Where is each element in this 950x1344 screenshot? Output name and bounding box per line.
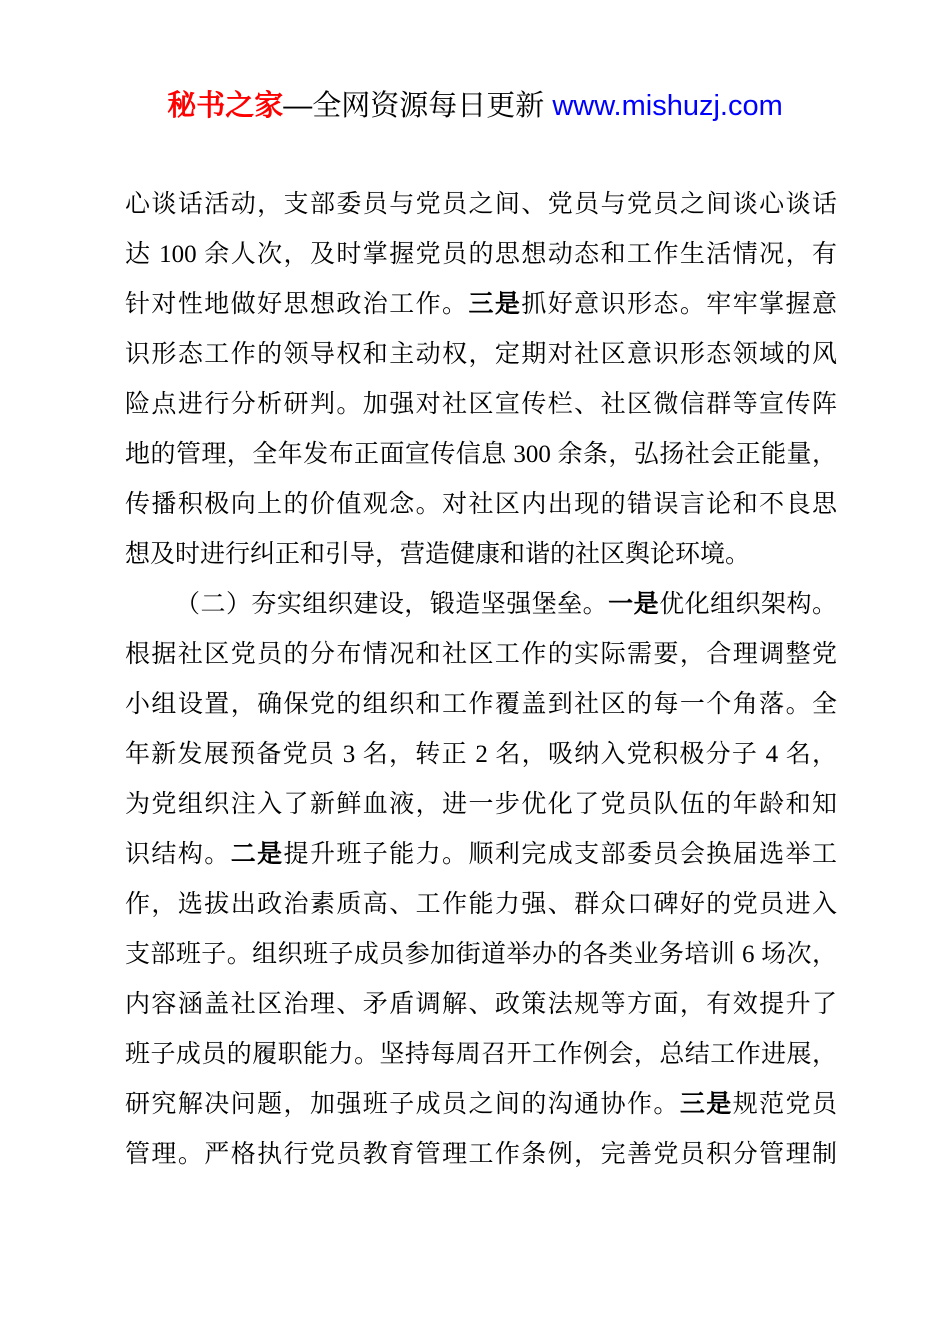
site-brand: 秘书之家: [167, 90, 283, 122]
document-body: 心谈话活动，支部委员与党员之间、党员与党员之间谈心谈话达 100 余人次，及时掌…: [125, 180, 837, 1180]
body-line: 心谈话活动，支部委员与党员之间、党员与党员之间谈心谈话: [125, 180, 837, 230]
text-run: 规范党员: [733, 1091, 837, 1118]
text-run: 针对性地做好思想政治工作。: [125, 291, 468, 318]
text-run: 识结构。: [125, 841, 231, 868]
body-line: 小组设置，确保党的组织和工作覆盖到社区的每一个角落。全: [125, 680, 837, 730]
text-run: 传播积极向上的价值观念。对社区内出现的错误言论和不良思: [125, 491, 837, 518]
body-line: 班子成员的履职能力。坚持每周召开工作例会，总结工作进展，: [125, 1030, 837, 1080]
body-line: 传播积极向上的价值观念。对社区内出现的错误言论和不良思: [125, 480, 837, 530]
text-run: 想及时进行纠正和引导，营造健康和谐的社区舆论环境。: [125, 541, 750, 568]
text-run: 支部班子。组织班子成员参加街道举办的各类业务培训 6 场次，: [125, 941, 837, 968]
body-line: 管理。严格执行党员教育管理工作条例，完善党员积分管理制: [125, 1130, 837, 1180]
text-run: 小组设置，确保党的组织和工作覆盖到社区的每一个角落。全: [125, 691, 837, 718]
body-line: 识形态工作的领导权和主动权，定期对社区意识形态领域的风: [125, 330, 837, 380]
text-run: 研究解决问题，加强班子成员之间的沟通协作。: [125, 1091, 680, 1118]
text-run: 地的管理，全年发布正面宣传信息 300 余条，弘扬社会正能量，: [125, 441, 837, 468]
body-line: 支部班子。组织班子成员参加街道举办的各类业务培训 6 场次，: [125, 930, 837, 980]
document-header: 秘书之家—全网资源每日更新 www.mishuzj.com: [0, 89, 950, 123]
bold-run: 三是: [680, 1091, 733, 1118]
text-run: 年新发展预备党员 3 名，转正 2 名，吸纳入党积极分子 4 名，: [125, 741, 837, 768]
body-line: 为党组织注入了新鲜血液，进一步优化了党员队伍的年龄和知: [125, 780, 837, 830]
text-run: 提升班子能力。顺利完成支部委员会换届选举工: [284, 841, 837, 868]
body-line: 作，选拔出政治素质高、工作能力强、群众口碑好的党员进入: [125, 880, 837, 930]
body-line: 内容涵盖社区治理、矛盾调解、政策法规等方面，有效提升了: [125, 980, 837, 1030]
body-line: 针对性地做好思想政治工作。三是抓好意识形态。牢牢掌握意: [125, 280, 837, 330]
text-run: 险点进行分析研判。加强对社区宣传栏、社区微信群等宣传阵: [125, 391, 837, 418]
text-run: 抓好意识形态。牢牢掌握意: [521, 291, 837, 318]
text-run: 达 100 余人次，及时掌握党员的思想动态和工作生活情况，有: [125, 241, 837, 268]
body-line: （二）夯实组织建设，锻造坚强堡垒。一是优化组织架构。: [125, 580, 837, 630]
text-run: 识形态工作的领导权和主动权，定期对社区意识形态领域的风: [125, 341, 837, 368]
text-run: 作，选拔出政治素质高、工作能力强、群众口碑好的党员进入: [125, 891, 837, 918]
body-line: 想及时进行纠正和引导，营造健康和谐的社区舆论环境。: [125, 530, 837, 580]
site-tagline: —全网资源每日更新: [283, 90, 552, 122]
text-run: （二）夯实组织建设，锻造坚强堡垒。: [175, 591, 608, 618]
text-run: 班子成员的履职能力。坚持每周召开工作例会，总结工作进展，: [125, 1041, 837, 1068]
document-page: 秘书之家—全网资源每日更新 www.mishuzj.com 心谈话活动，支部委员…: [0, 0, 950, 1344]
body-line: 识结构。二是提升班子能力。顺利完成支部委员会换届选举工: [125, 830, 837, 880]
text-run: 内容涵盖社区治理、矛盾调解、政策法规等方面，有效提升了: [125, 991, 837, 1018]
text-run: 心谈话活动，支部委员与党员之间、党员与党员之间谈心谈话: [125, 191, 837, 218]
body-line: 根据社区党员的分布情况和社区工作的实际需要，合理调整党: [125, 630, 837, 680]
body-line: 年新发展预备党员 3 名，转正 2 名，吸纳入党积极分子 4 名，: [125, 730, 837, 780]
text-run: 为党组织注入了新鲜血液，进一步优化了党员队伍的年龄和知: [125, 791, 837, 818]
text-run: 优化组织架构。: [659, 591, 837, 618]
bold-run: 二是: [231, 841, 284, 868]
site-url: www.mishuzj.com: [552, 90, 782, 122]
bold-run: 一是: [608, 591, 659, 618]
body-line: 地的管理，全年发布正面宣传信息 300 余条，弘扬社会正能量，: [125, 430, 837, 480]
text-run: 管理。严格执行党员教育管理工作条例，完善党员积分管理制: [125, 1141, 837, 1168]
bold-run: 三是: [468, 291, 521, 318]
body-line: 险点进行分析研判。加强对社区宣传栏、社区微信群等宣传阵: [125, 380, 837, 430]
text-run: 根据社区党员的分布情况和社区工作的实际需要，合理调整党: [125, 641, 837, 668]
body-line: 达 100 余人次，及时掌握党员的思想动态和工作生活情况，有: [125, 230, 837, 280]
body-line: 研究解决问题，加强班子成员之间的沟通协作。三是规范党员: [125, 1080, 837, 1130]
